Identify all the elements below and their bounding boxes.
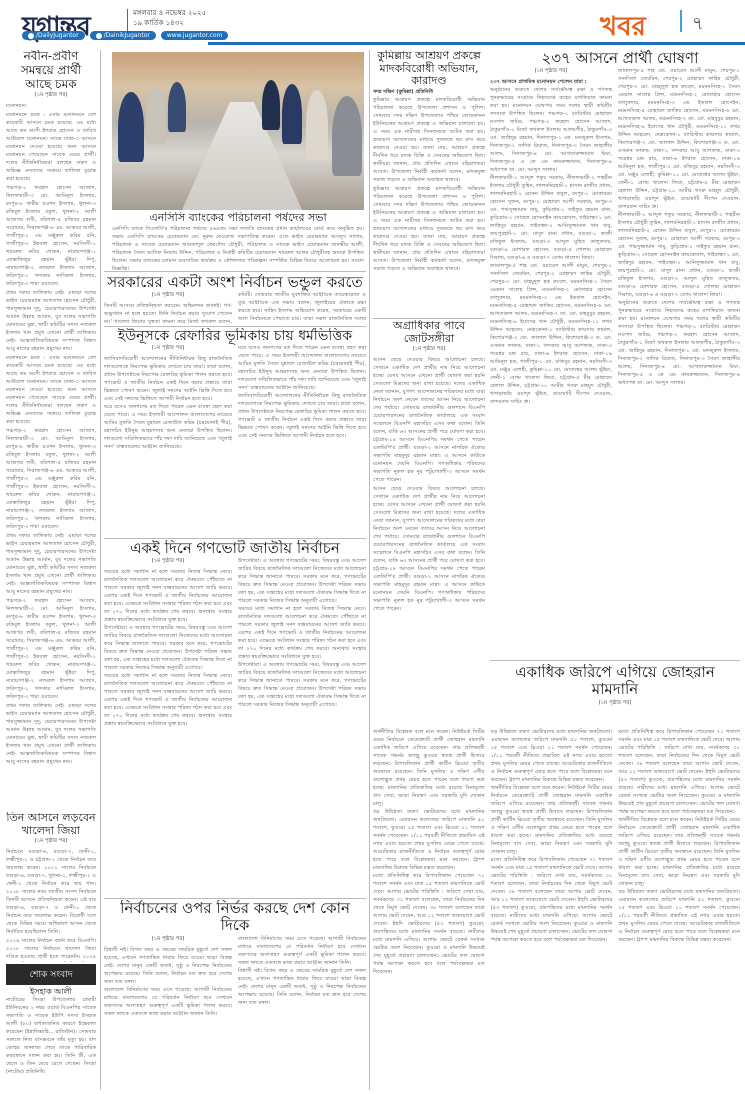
byline: সদর দক্ষিণ (কুমিল্লা) প্রতিনিধি: [373, 88, 485, 96]
social-x-link[interactable]: /DailyJugantor: [22, 31, 85, 40]
page-number: ৭: [692, 9, 704, 40]
article-237-candidates: ২৩৭ আসনে প্রার্থী ঘোষণা (১ম পৃষ্ঠার পর) …: [490, 50, 740, 648]
article-khaleda-zia: তিন আসনে লড়বেন খালেদা জিয়া (১ম পৃষ্ঠার…: [6, 812, 96, 962]
article-referendum: একই দিনে গণভোট জাতীয় নির্বাচন (১ম পৃষ্ঠ…: [104, 540, 366, 880]
meeting-photo: [112, 52, 364, 210]
column-divider: [369, 50, 370, 1090]
headline: ইউনূসকে রেফারির ভূমিকায় চায় ধর্মভিত্তি…: [104, 328, 366, 344]
obituary-body: নাটোরের সিংড়া উপজেলার চামারী ইউনিয়নের …: [6, 996, 96, 1076]
header-rule: [208, 42, 745, 45]
continued-label: (১ম পৃষ্ঠার পর): [6, 838, 96, 846]
obituary-bar: শোক সংবাদ: [6, 964, 96, 985]
date-bengali: ১৯ কার্তিক ১৪৩২: [133, 18, 206, 28]
article-body: আসন ছেড়ে দেওয়ার বিষয়ে আলোচনা চলছে। সে…: [373, 356, 485, 613]
social-links: /DailyJugantor /DainikJugantor www.jugan…: [22, 31, 228, 40]
article-allies-priority: অগ্রাধিকার পাবে জোটসঙ্গীরা (১ম পৃষ্ঠার প…: [373, 320, 485, 725]
obituary-name: ইসহাক আলী: [6, 987, 96, 996]
website-link[interactable]: www.jugantor.com: [161, 31, 229, 40]
masthead: যুগান্তর মঙ্গলবার ৪ নভেম্বর ২০২৫ ১৯ কার্…: [0, 0, 745, 48]
photo-caption: এনসিসি ব্যাংকের পরিচালনা পর্ষদের সভা এনস…: [112, 212, 364, 272]
article-govt-sabotage: সরকারের একটা অংশ নির্বাচন ভন্ডুল করতে (১…: [104, 274, 366, 324]
article-comilla: কুমিল্লায় আশ্রয়ণ প্রকল্পে মাদকবিরোধী অ…: [373, 50, 485, 315]
headline: একাধিক জরিপে এগিয়ে জোহরান মামদানি: [490, 664, 740, 699]
article-body: নির্বাচনে বগুড়া-৬, বগুড়া-৭, ফেনী-১, লক…: [6, 848, 96, 962]
facebook-icon: [96, 33, 102, 39]
article-mamdani: অর্থনীতির বিশ্লেষক বলে মনে করেন। নিউইয়র…: [373, 728, 740, 1094]
article-mamdani-header: একাধিক জরিপে এগিয়ে জোহরান মামদানি (১ম প…: [490, 664, 740, 726]
headline: তিন আসনে লড়বেন খালেদা জিয়া: [6, 812, 96, 837]
continued-label: (১ম পৃষ্ঠার পর): [6, 92, 96, 100]
article-body: কুমিল্লার আশ্রয়ণ প্রকল্পে মাদকবিরোধী অভ…: [373, 96, 485, 273]
obituary: শোক সংবাদ ইসহাক আলী নাটোরের সিংড়া উপজেল…: [6, 964, 96, 1094]
subhead: ২৩৭ আসনে প্রাথমিক মনোনয়ন পেলেন যারা :: [490, 78, 612, 86]
date-gregorian: মঙ্গলবার ৪ নভেম্বর ২০২৫: [133, 8, 206, 18]
headline: অগ্রাধিকার পাবে জোটসঙ্গীরা: [373, 320, 485, 345]
caption-headline: এনসিসি ব্যাংকের পরিচালনা পর্ষদের সভা: [112, 212, 364, 225]
headline: সরকারের একটা অংশ নির্বাচন ভন্ডুল করতে: [104, 274, 366, 291]
section-divider: [680, 10, 682, 32]
article-yunus-referee: ইউনূসকে রেফারির ভূমিকায় চায় ধর্মভিত্তি…: [104, 328, 366, 518]
headline: একই দিনে গণভোট জাতীয় নির্বাচন: [104, 540, 366, 557]
dateline: মঙ্গলবার ৪ নভেম্বর ২০২৫ ১৯ কার্তিক ১৪৩২: [133, 8, 206, 28]
column-divider: [100, 50, 101, 1090]
headline: ২৩৭ আসনে প্রার্থী ঘোষণা: [490, 50, 740, 67]
article-country-direction: নির্বাচনের ওপর নির্ভর করছে দেশ কোন দিকে …: [104, 900, 366, 1094]
headline: নির্বাচনের ওপর নির্ভর করছে দেশ কোন দিকে: [104, 900, 366, 935]
newspaper-logo: যুগান্তর: [22, 6, 90, 50]
x-icon: [28, 33, 34, 39]
caption-body: এনসিসি ব্যাংক পিএলসি'র পরিচালনা পর্ষদের …: [112, 225, 364, 272]
social-facebook-link[interactable]: /DainikJugantor: [90, 31, 156, 40]
logo-divider: [127, 9, 128, 31]
headline: নবীন-প্রবীণ সমন্বয়ে প্রার্থী আছে চমক: [6, 50, 96, 91]
headline: কুমিল্লায় আশ্রয়ণ প্রকল্পে মাদকবিরোধী অ…: [373, 50, 485, 88]
article-body: মনোনয়ন। মনোনয়নে চমক : এবার মনোনয়নে বে…: [6, 102, 96, 766]
article-nobin-probin: নবীন-প্রবীণ সমন্বয়ে প্রার্থী আছে চমক (১…: [6, 50, 96, 810]
section-title: খবর: [600, 6, 646, 50]
